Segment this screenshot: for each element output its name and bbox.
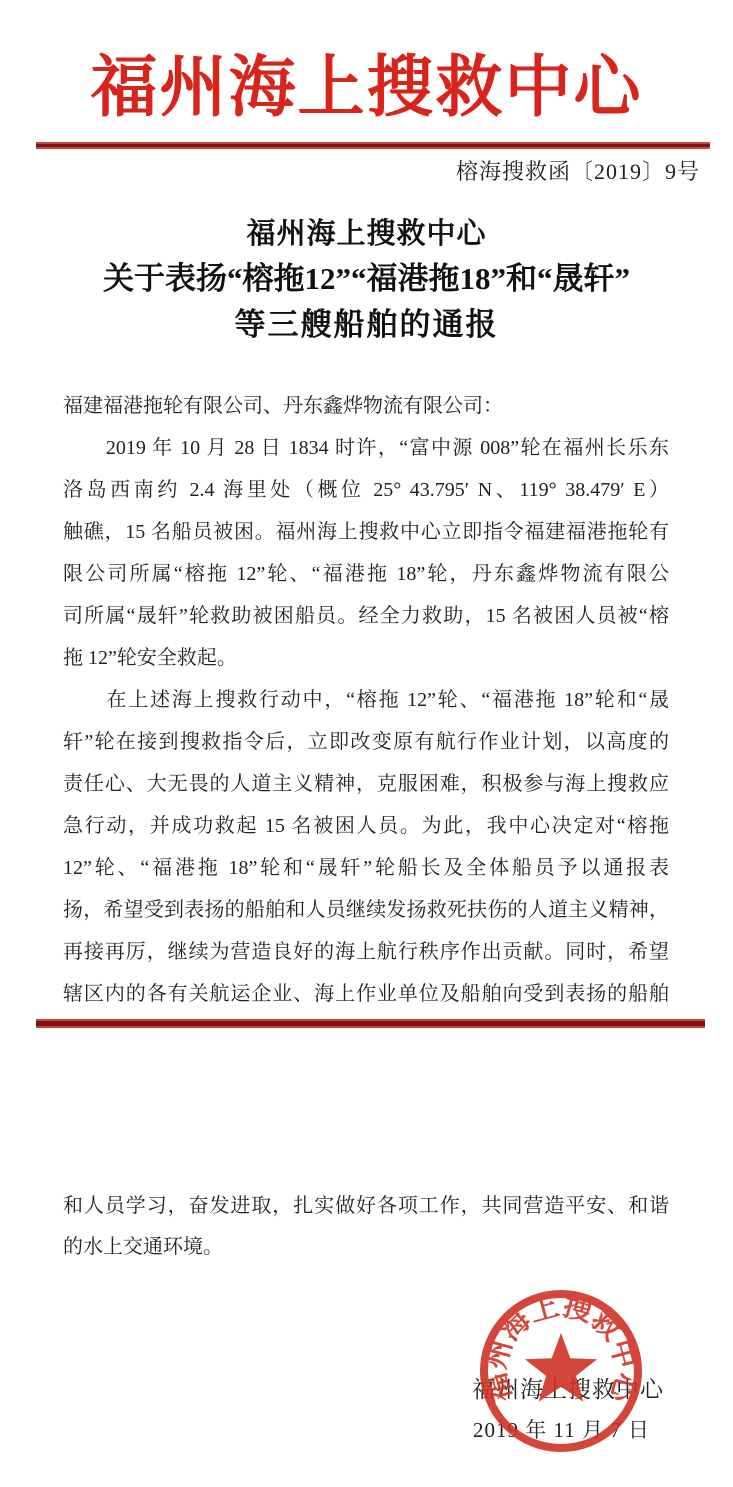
- body-line: 再接再厉，继续为营造良好的海上航行秩序作出贡献。同时，希望: [63, 931, 669, 973]
- body-line: 限公司所属“榕拖 12”轮、“福港拖 18”轮，丹东鑫烨物流有限公: [63, 553, 669, 595]
- official-seal: 福州海上搜救中心: [476, 1286, 646, 1456]
- title-line-1: 福州海上搜救中心: [0, 212, 733, 256]
- document-number: 榕海搜救函〔2019〕9号: [456, 155, 700, 186]
- star-icon: [525, 1333, 597, 1402]
- body-line: 责任心、大无畏的人道主义精神，克服困难，积极参与海上搜救应: [63, 763, 669, 805]
- body-text-continuation: 和人员学习，奋发进取，扎实做好各项工作，共同营造平安、和谐 的水上交通环境。: [63, 1186, 669, 1268]
- body-text: 福建福港拖轮有限公司、丹东鑫烨物流有限公司： 2019 年 10 月 28 日 …: [63, 385, 669, 1015]
- body-line: 在上述海上搜救行动中，“榕拖 12”轮、“福港拖 18”轮和“晟: [63, 679, 669, 721]
- body-line: 2019 年 10 月 28 日 1834 时许，“富中源 008”轮在福州长乐…: [63, 427, 669, 469]
- body-line: 轩”轮在接到搜救指令后，立即改变原有航行作业计划，以高度的: [63, 721, 669, 763]
- document-page: 福州海上搜救中心 榕海搜救函〔2019〕9号 福州海上搜救中心 关于表扬“榕拖1…: [0, 0, 733, 1487]
- red-rule-top: [36, 142, 710, 149]
- salutation-line: 福建福港拖轮有限公司、丹东鑫烨物流有限公司：: [63, 385, 669, 427]
- body-line: 辖区内的各有关航运企业、海上作业单位及船舶向受到表扬的船舶: [63, 973, 669, 1015]
- body-line: 的水上交通环境。: [63, 1227, 669, 1268]
- body-line: 扬，希望受到表扬的船舶和人员继续发扬救死扶伤的人道主义精神，: [63, 889, 669, 931]
- body-line: 洛岛西南约 2.4 海里处（概位 25° 43.795′ N、119° 38.4…: [63, 469, 669, 511]
- body-line: 拖 12”轮安全救起。: [63, 637, 669, 679]
- title-line-2: 关于表扬“榕拖12”“福港拖18”和“晟轩”: [0, 256, 733, 302]
- document-title: 福州海上搜救中心 关于表扬“榕拖12”“福港拖18”和“晟轩” 等三艘船舶的通报: [0, 212, 733, 348]
- red-rule-page-break: [36, 1019, 705, 1028]
- body-line: 12”轮、“福港拖 18”轮和“晟轩”轮船长及全体船员予以通报表: [63, 847, 669, 889]
- body-line: 触礁，15 名船员被困。福州海上搜救中心立即指令福建福港拖轮有: [63, 511, 669, 553]
- masthead-title: 福州海上搜救中心: [0, 34, 733, 130]
- body-line: 和人员学习，奋发进取，扎实做好各项工作，共同营造平安、和谐: [63, 1186, 669, 1227]
- title-line-3: 等三艘船舶的通报: [0, 302, 733, 348]
- body-line: 急行动，并成功救起 15 名被困人员。为此，我中心决定对“榕拖: [63, 805, 669, 847]
- body-line: 司所属“晟轩”轮救助被困船员。经全力救助，15 名被困人员被“榕: [63, 595, 669, 637]
